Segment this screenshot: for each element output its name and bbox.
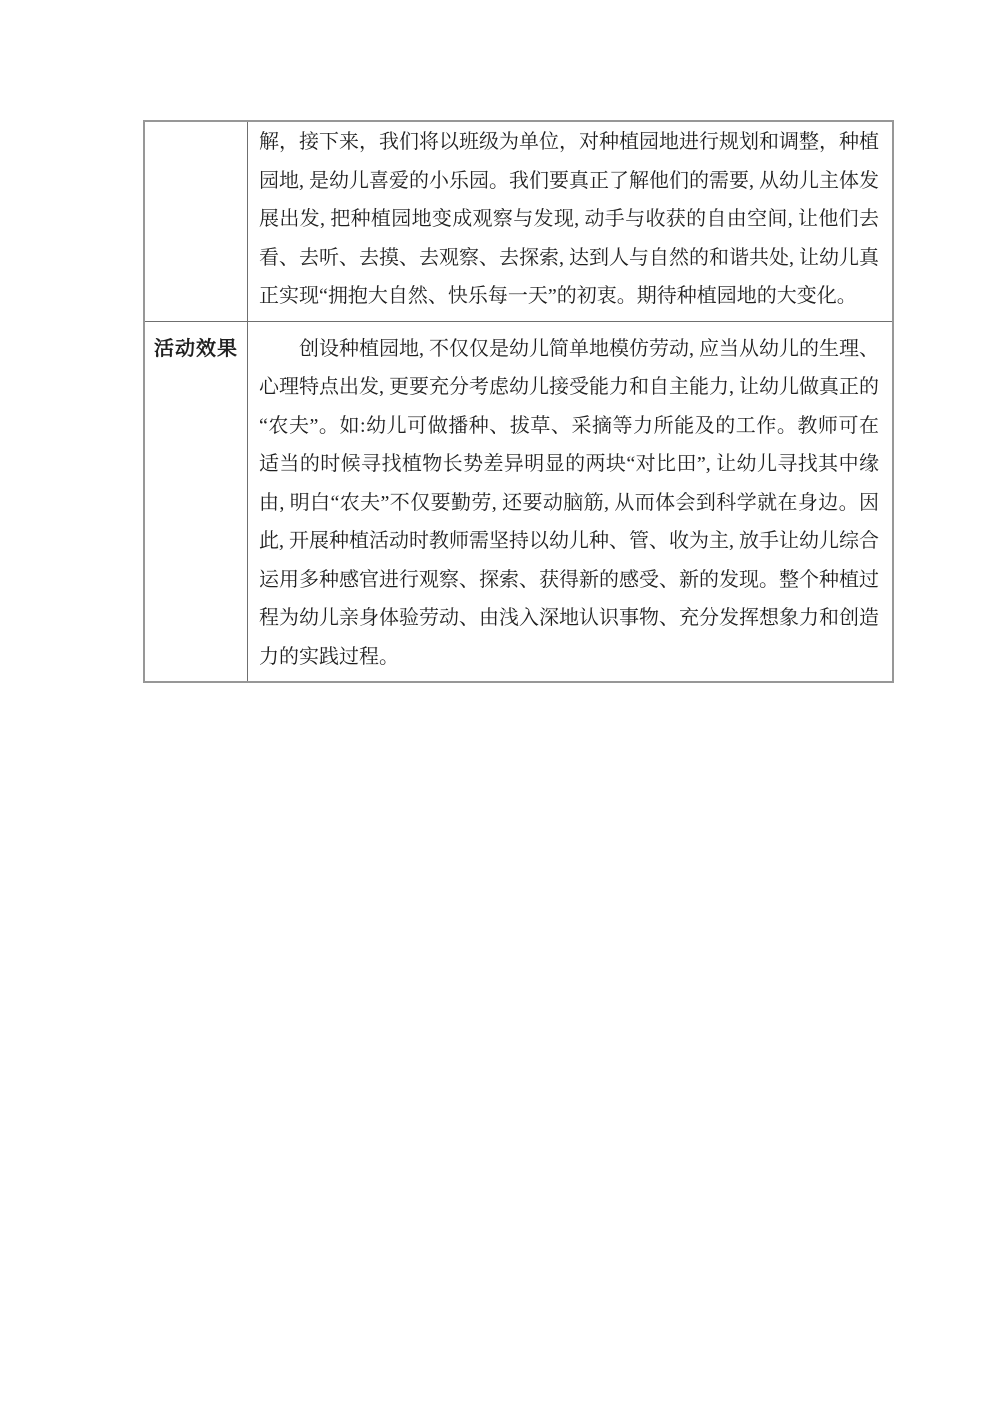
text-line: 园地, 是幼儿喜爱的小乐园。我们要真正了解他们的需要, 从幼儿主体发: [259, 162, 879, 201]
row-content-cell: 创设种植园地, 不仅仅是幼儿简单地模仿劳动, 应当从幼儿的生理、 心理特点出发,…: [248, 322, 892, 682]
text-line: 由, 明白“农夫”不仅要勤劳, 还要动脑筋, 从而体会到科学就在身边。因: [259, 484, 879, 523]
text-line: “农夫”。如:幼儿可做播种、拔草、采摘等力所能及的工作。教师可在: [259, 407, 879, 446]
table-row: 活动效果 创设种植园地, 不仅仅是幼儿简单地模仿劳动, 应当从幼儿的生理、 心理…: [145, 321, 892, 682]
row-label-cell: [145, 122, 248, 321]
table-row: 解，接下来，我们将以班级为单位，对种植园地进行规划和调整，种植 园地, 是幼儿喜…: [145, 122, 892, 321]
text-line: 程为幼儿亲身体验劳动、由浅入深地认识事物、充分发挥想象力和创造: [259, 599, 879, 638]
text-line: 适当的时候寻找植物长势差异明显的两块“对比田”, 让幼儿寻找其中缘: [259, 445, 879, 484]
text-line: 解，接下来，我们将以班级为单位，对种植园地进行规划和调整，种植: [259, 123, 879, 162]
text-line: 看、去听、去摸、去观察、去探索, 达到人与自然的和谐共处, 让幼儿真: [259, 239, 879, 278]
text-line: 力的实践过程。: [259, 638, 879, 677]
row-content-cell: 解，接下来，我们将以班级为单位，对种植园地进行规划和调整，种植 园地, 是幼儿喜…: [248, 122, 892, 321]
text-line: 运用多种感官进行观察、探索、获得新的感受、新的发现。整个种植过: [259, 561, 879, 600]
text-line: 正实现“拥抱大自然、快乐每一天”的初衷。期待种植园地的大变化。: [259, 277, 879, 316]
document-page: 解，接下来，我们将以班级为单位，对种植园地进行规划和调整，种植 园地, 是幼儿喜…: [0, 0, 1000, 1415]
text-line: 创设种植园地, 不仅仅是幼儿简单地模仿劳动, 应当从幼儿的生理、: [259, 330, 879, 369]
row-label-cell: 活动效果: [145, 322, 248, 682]
text-line: 此, 开展种植活动时教师需坚持以幼儿种、管、收为主, 放手让幼儿综合: [259, 522, 879, 561]
content-table: 解，接下来，我们将以班级为单位，对种植园地进行规划和调整，种植 园地, 是幼儿喜…: [143, 120, 894, 683]
text-line: 展出发, 把种植园地变成观察与发现, 动手与收获的自由空间, 让他们去: [259, 200, 879, 239]
text-line: 心理特点出发, 更要充分考虑幼儿接受能力和自主能力, 让幼儿做真正的: [259, 368, 879, 407]
